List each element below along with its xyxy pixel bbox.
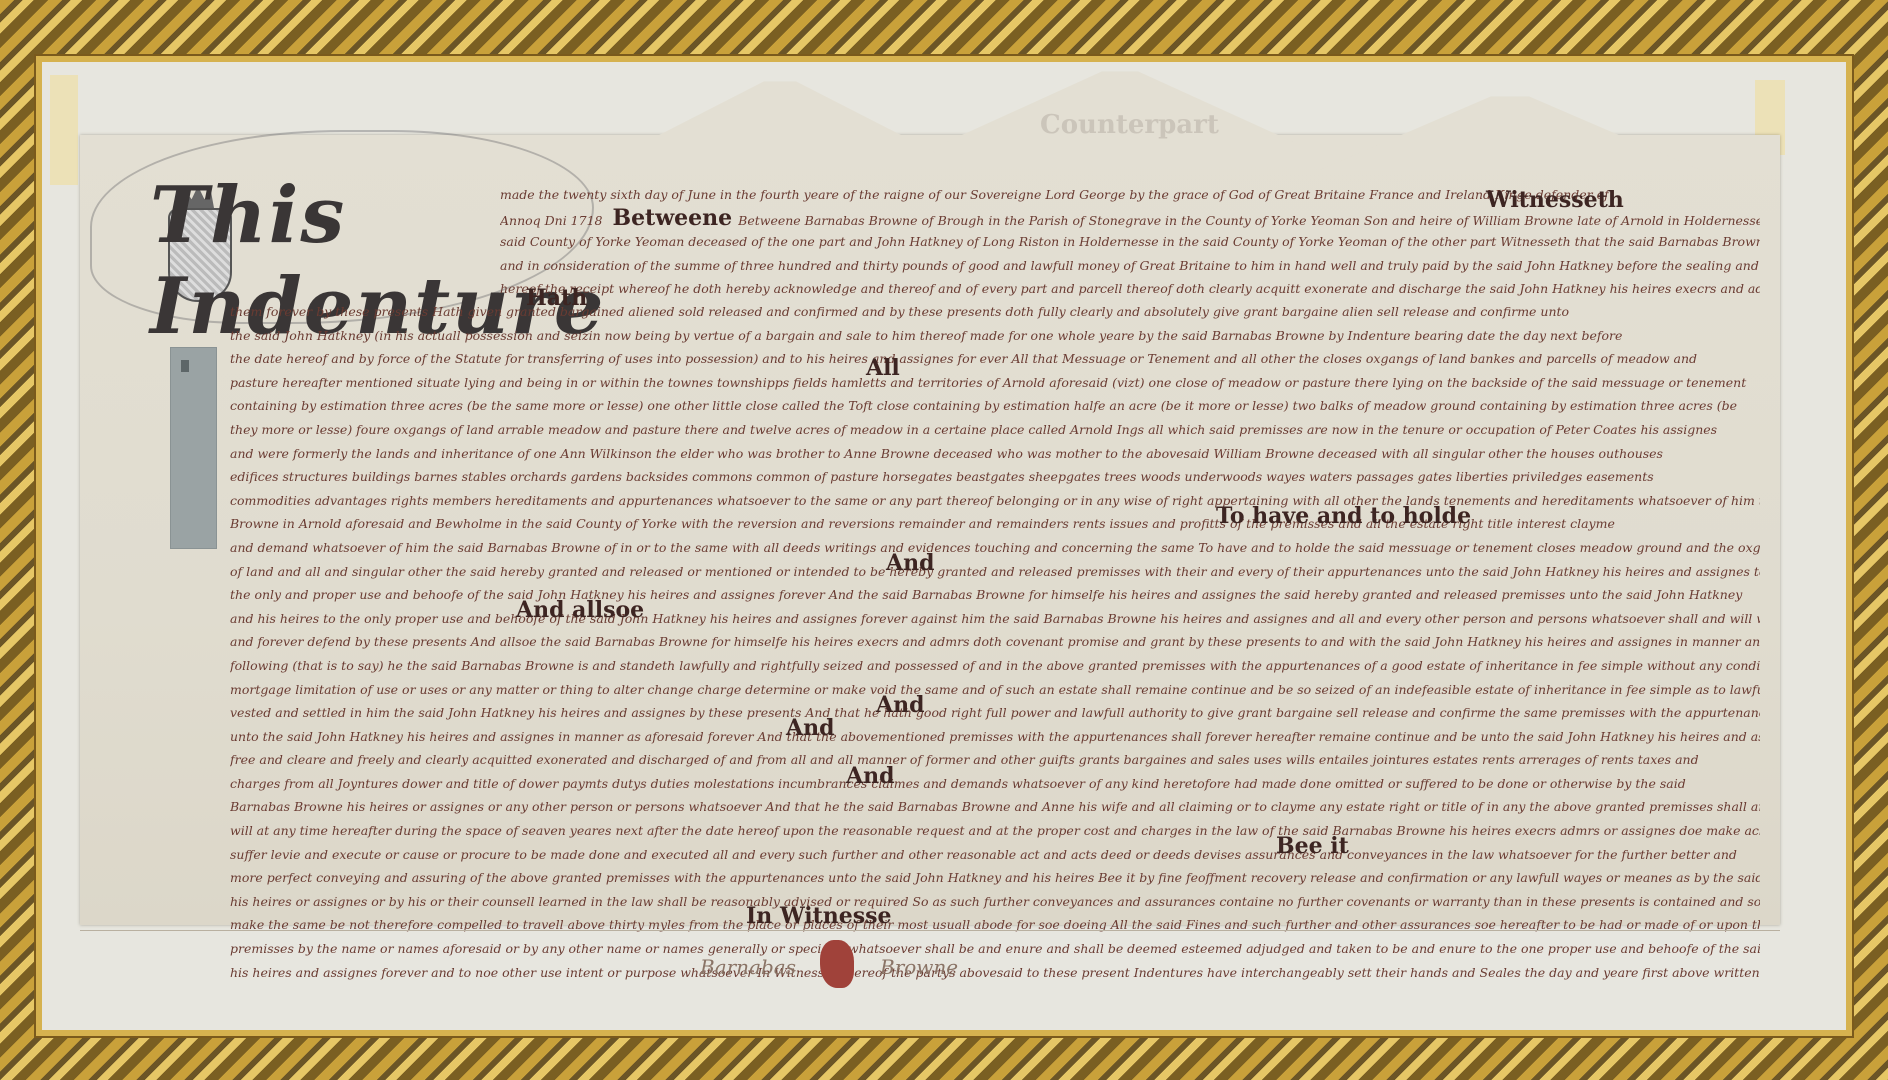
text-line: suffer levie and execute or cause or pro… (230, 843, 1760, 867)
text-line: mortgage limitation of use or uses or an… (230, 678, 1760, 702)
heading-word-in-witnesse: In Witnesse (740, 903, 898, 929)
text-line: commodities advantages rights members he… (230, 489, 1760, 513)
year-margin-note: Annoq Dni 1718 (500, 213, 602, 228)
indenture-parchment: Counterpart This Indenture made the twen… (80, 135, 1780, 925)
text-line: following (that is to say) he the said B… (230, 654, 1760, 678)
duty-stamp-strip (170, 347, 217, 549)
text-line: they more or lesse) foure oxgangs of lan… (230, 418, 1760, 442)
heading-word-bee-it: Bee it (1270, 833, 1355, 859)
text-line: unto the said John Hatkney his heires an… (230, 725, 1760, 749)
text-line: them forever by these presents Hath give… (230, 300, 1760, 324)
text-line: and demand whatsoever of him the said Ba… (230, 536, 1760, 560)
heading-word-and: And (870, 692, 930, 718)
signature-first-name: Barnabas (700, 955, 796, 979)
heading-word-witnesseth: Witnesseth (1480, 187, 1630, 213)
text-line: charges from all Joyntures dower and tit… (230, 772, 1760, 796)
text-line: Browne in Arnold aforesaid and Bewholme … (230, 512, 1760, 536)
text-line: pasture hereafter mentioned situate lyin… (230, 371, 1760, 395)
text-line: the only and proper use and behoofe of t… (230, 583, 1760, 607)
text-line: and his heires to the only proper use an… (230, 607, 1760, 631)
ghost-endorsement: Counterpart (1040, 110, 1219, 140)
text-line-body: Betweene Barnabas Browne of Brough in th… (738, 213, 1760, 228)
text-line: the date hereof and by force of the Stat… (230, 347, 1760, 371)
heading-word-and: And (880, 550, 940, 576)
text-line: edifices structures buildings barnes sta… (230, 465, 1760, 489)
text-line: vested and settled in him the said John … (230, 701, 1760, 725)
text-line: more perfect conveying and assuring of t… (230, 866, 1760, 890)
text-line: his heires or assignes or by his or thei… (230, 890, 1760, 914)
text-line: free and cleare and freely and clearly a… (230, 748, 1760, 772)
heading-word-betweene: Betweene (606, 207, 738, 231)
heading-word-all: All (860, 355, 906, 381)
text-line: will at any time hereafter during the sp… (230, 819, 1760, 843)
heading-word-hath: Hath (520, 285, 593, 311)
stamp-mark (181, 360, 189, 372)
conservation-tape-left (50, 75, 78, 185)
heading-word-and-allsoe: And allsoe (510, 597, 650, 623)
signature-last-name: Browne (880, 955, 958, 979)
wax-seal (820, 940, 854, 988)
text-line: said County of Yorke Yeoman deceased of … (500, 230, 1760, 254)
text-line: and forever defend by these presents And… (230, 630, 1760, 654)
heading-word-and: And (780, 715, 840, 741)
signature-block: Barnabas Browne (80, 930, 1780, 1010)
text-line: containing by estimation three acres (be… (230, 394, 1760, 418)
text-line: hereof the receipt whereof he doth hereb… (500, 277, 1760, 301)
text-line: and were formerly the lands and inherita… (230, 442, 1760, 466)
heading-word-to-have: To have and to holde (1210, 503, 1477, 529)
text-line: Barnabas Browne his heires or assignes o… (230, 795, 1760, 819)
text-line: the said John Hatkney (in his actuall po… (230, 324, 1760, 348)
text-line: and in consideration of the summe of thr… (500, 254, 1760, 278)
body-lines: them forever by these presents Hath give… (230, 300, 1760, 984)
text-line: of land and all and singular other the s… (230, 560, 1760, 584)
ornamental-heading: This Indenture (90, 150, 570, 320)
heading-word-and: And (840, 763, 900, 789)
